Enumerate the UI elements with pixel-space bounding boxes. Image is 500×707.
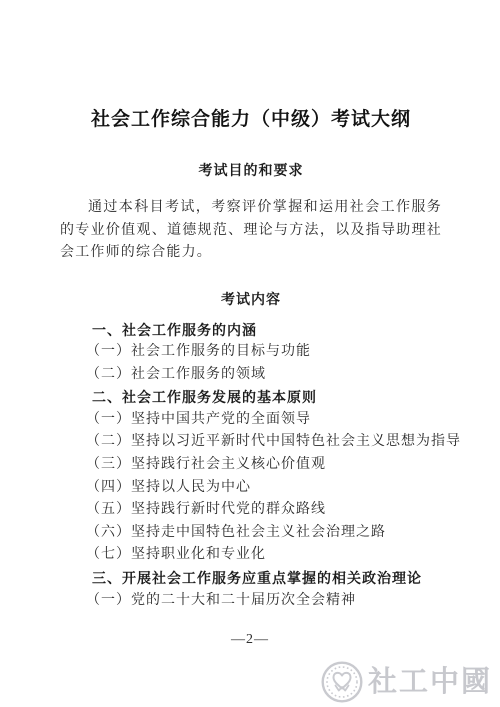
outline-item: （一）坚持中国共产党的全面领导 bbox=[60, 409, 442, 432]
outline-item: （二）坚持以习近平新时代中国特色社会主义思想为指导 bbox=[60, 431, 442, 454]
outline-heading: 一、社会工作服务的内涵 bbox=[60, 319, 442, 342]
purpose-paragraph: 通过本科目考试，考察评价掌握和运用社会工作服务的专业价值观、道德规范、理论与方法… bbox=[60, 197, 442, 265]
outline-heading: 二、社会工作服务发展的基本原则 bbox=[60, 386, 442, 409]
outline-item: （三）坚持践行社会主义核心价值观 bbox=[60, 454, 442, 477]
outline-item: （六）坚持走中国特色社会主义社会治理之路 bbox=[60, 522, 442, 545]
exam-outline-list: 一、社会工作服务的内涵 （一）社会工作服务的目标与功能 （二）社会工作服务的领域… bbox=[60, 319, 442, 613]
document-title: 社会工作综合能力（中级）考试大纲 bbox=[60, 107, 442, 133]
outline-item: （一）社会工作服务的目标与功能 bbox=[60, 341, 442, 364]
watermark-text: 社工中國 bbox=[368, 667, 492, 697]
purpose-section-heading: 考试目的和要求 bbox=[60, 161, 442, 179]
content-section-heading: 考试内容 bbox=[60, 290, 442, 308]
watermark: 社工中國 bbox=[321, 661, 492, 703]
page-number: —2— bbox=[0, 632, 500, 648]
outline-item: （七）坚持职业化和专业化 bbox=[60, 544, 442, 567]
outline-item: （四）坚持以人民为中心 bbox=[60, 477, 442, 500]
outline-item: （一）党的二十大和二十届历次全会精神 bbox=[60, 590, 442, 613]
outline-item: （五）坚持践行新时代党的群众路线 bbox=[60, 499, 442, 522]
outline-heading: 三、开展社会工作服务应重点掌握的相关政治理论 bbox=[60, 567, 442, 590]
social-work-heart-logo-icon bbox=[321, 661, 363, 703]
scanned-document-page: 社会工作综合能力（中级）考试大纲 考试目的和要求 通过本科目考试，考察评价掌握和… bbox=[0, 0, 500, 707]
outline-item: （二）社会工作服务的领域 bbox=[60, 364, 442, 387]
document-content: 社会工作综合能力（中级）考试大纲 考试目的和要求 通过本科目考试，考察评价掌握和… bbox=[60, 0, 442, 612]
